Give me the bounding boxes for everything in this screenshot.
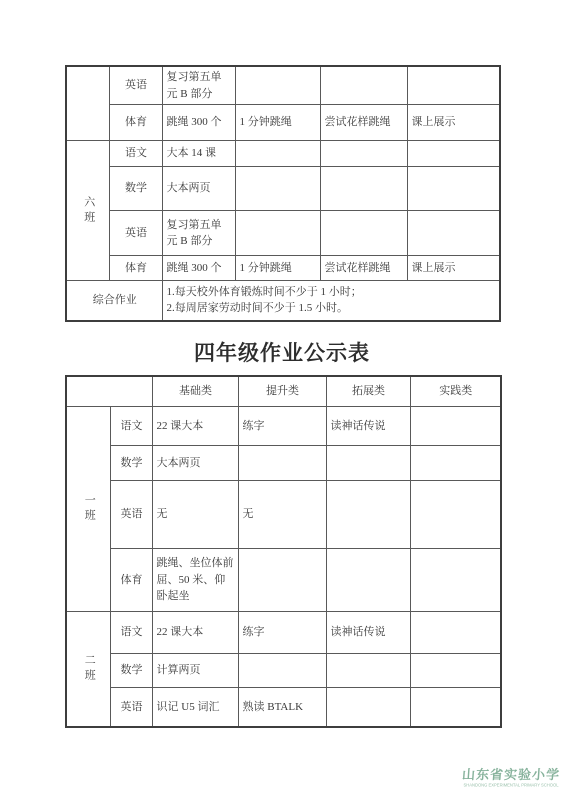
summary-row: 综合作业1.每天校外体育锻炼时间不少于 1 小时；2.每周居家劳动时间不少于 1… xyxy=(66,281,500,321)
corner-cell xyxy=(66,376,152,407)
table-row: 数学大本两页 xyxy=(66,446,501,481)
homework-cell xyxy=(326,654,410,688)
homework-cell: 尝试花样跳绳 xyxy=(320,105,407,141)
summary-label-cell: 综合作业 xyxy=(66,281,162,321)
page-title: 四年级作业公示表 xyxy=(65,337,499,369)
subject-label: 体育 xyxy=(109,256,162,281)
homework-cell: 尝试花样跳绳 xyxy=(320,256,407,281)
summary-content-cell: 1.每天校外体育锻炼时间不少于 1 小时；2.每周居家劳动时间不少于 1.5 小… xyxy=(162,281,500,321)
table-row: 数学大本两页 xyxy=(66,167,500,211)
table-row: 体育跳绳、坐位体前屈、50 米、仰卧起坐 xyxy=(66,549,501,612)
table-row: 六班语文大本 14 课 xyxy=(66,141,500,167)
homework-cell xyxy=(410,612,501,654)
homework-cell xyxy=(410,654,501,688)
homework-cell: 无 xyxy=(238,481,326,549)
homework-cell xyxy=(407,141,500,167)
homework-cell xyxy=(410,407,501,446)
homework-cell xyxy=(410,549,501,612)
homework-cell xyxy=(238,446,326,481)
page-content: 英语复习第五单元 B 部分体育跳绳 300 个1 分钟跳绳尝试花样跳绳课上展示六… xyxy=(0,0,565,728)
grade6-table-body: 英语复习第五单元 B 部分体育跳绳 300 个1 分钟跳绳尝试花样跳绳课上展示六… xyxy=(66,66,500,321)
homework-cell: 熟读 BTALK xyxy=(238,688,326,727)
homework-cell xyxy=(326,481,410,549)
homework-cell: 读神话传说 xyxy=(326,407,410,446)
homework-cell: 课上展示 xyxy=(407,105,500,141)
homework-cell xyxy=(320,167,407,211)
class-label-cell xyxy=(66,66,109,141)
column-header: 拓展类 xyxy=(326,376,410,407)
grade6-homework-table: 英语复习第五单元 B 部分体育跳绳 300 个1 分钟跳绳尝试花样跳绳课上展示六… xyxy=(65,65,501,322)
subject-label: 数学 xyxy=(110,654,152,688)
class-label: 一班 xyxy=(83,494,94,524)
homework-cell: 复习第五单元 B 部分 xyxy=(162,211,235,256)
homework-cell: 22 课大本 xyxy=(152,612,238,654)
subject-label: 语文 xyxy=(109,141,162,167)
table-row: 一班语文22 课大本练字读神话传说 xyxy=(66,407,501,446)
homework-cell xyxy=(238,654,326,688)
homework-cell: 22 课大本 xyxy=(152,407,238,446)
subject-label: 体育 xyxy=(110,549,152,612)
homework-cell xyxy=(235,141,320,167)
homework-cell: 计算两页 xyxy=(152,654,238,688)
table-row: 体育跳绳 300 个1 分钟跳绳尝试花样跳绳课上展示 xyxy=(66,105,500,141)
header-row: 基础类提升类拓展类实践类 xyxy=(66,376,501,407)
homework-cell xyxy=(326,688,410,727)
homework-cell: 1 分钟跳绳 xyxy=(235,256,320,281)
homework-cell: 复习第五单元 B 部分 xyxy=(162,66,235,105)
school-logo-chinese-name: 山东省实验小学 xyxy=(461,768,562,782)
grade4-table-body: 基础类提升类拓展类实践类一班语文22 课大本练字读神话传说数学大本两页英语无无体… xyxy=(66,376,501,727)
homework-cell xyxy=(326,549,410,612)
subject-label: 数学 xyxy=(110,446,152,481)
grade4-homework-table: 基础类提升类拓展类实践类一班语文22 课大本练字读神话传说数学大本两页英语无无体… xyxy=(65,375,502,728)
homework-cell xyxy=(320,141,407,167)
homework-cell: 跳绳、坐位体前屈、50 米、仰卧起坐 xyxy=(152,549,238,612)
homework-cell xyxy=(407,167,500,211)
homework-cell: 练字 xyxy=(238,407,326,446)
homework-cell xyxy=(407,66,500,105)
school-logo: 山东省实验小学 SHANDONG EXPERIMENTAL PRIMARY SC… xyxy=(461,768,561,794)
homework-cell: 跳绳 300 个 xyxy=(162,256,235,281)
homework-cell: 大本两页 xyxy=(152,446,238,481)
subject-label: 体育 xyxy=(109,105,162,141)
homework-cell xyxy=(326,446,410,481)
subject-label: 数学 xyxy=(109,167,162,211)
homework-cell xyxy=(320,211,407,256)
table-row: 英语识记 U5 词汇熟读 BTALK xyxy=(66,688,501,727)
homework-cell xyxy=(410,446,501,481)
class-label-cell: 一班 xyxy=(66,407,110,612)
subject-label: 英语 xyxy=(110,481,152,549)
homework-cell: 大本两页 xyxy=(162,167,235,211)
homework-cell: 无 xyxy=(152,481,238,549)
class-label: 六班 xyxy=(83,196,94,226)
table-row: 英语复习第五单元 B 部分 xyxy=(66,66,500,105)
school-logo-english-name: SHANDONG EXPERIMENTAL PRIMARY SCHOOL xyxy=(463,783,558,788)
table-row: 英语无无 xyxy=(66,481,501,549)
subject-label: 英语 xyxy=(110,688,152,727)
homework-cell xyxy=(235,211,320,256)
column-header: 实践类 xyxy=(410,376,501,407)
homework-cell: 识记 U5 词汇 xyxy=(152,688,238,727)
column-header: 提升类 xyxy=(238,376,326,407)
subject-label: 语文 xyxy=(110,407,152,446)
homework-cell: 读神话传说 xyxy=(326,612,410,654)
column-header: 基础类 xyxy=(152,376,238,407)
homework-cell: 大本 14 课 xyxy=(162,141,235,167)
class-label: 二班 xyxy=(83,654,94,684)
homework-cell xyxy=(410,481,501,549)
homework-cell: 练字 xyxy=(238,612,326,654)
table-row: 数学计算两页 xyxy=(66,654,501,688)
summary-line: 1.每天校外体育锻炼时间不少于 1 小时； xyxy=(167,284,497,301)
homework-cell: 跳绳 300 个 xyxy=(162,105,235,141)
subject-label: 英语 xyxy=(109,66,162,105)
homework-cell xyxy=(320,66,407,105)
homework-cell xyxy=(235,66,320,105)
homework-cell: 课上展示 xyxy=(407,256,500,281)
class-label-cell: 六班 xyxy=(66,141,109,281)
homework-cell xyxy=(238,549,326,612)
table-row: 二班语文22 课大本练字读神话传说 xyxy=(66,612,501,654)
homework-cell: 1 分钟跳绳 xyxy=(235,105,320,141)
subject-label: 英语 xyxy=(109,211,162,256)
table-row: 体育跳绳 300 个1 分钟跳绳尝试花样跳绳课上展示 xyxy=(66,256,500,281)
summary-line: 2.每周居家劳动时间不少于 1.5 小时。 xyxy=(167,300,497,317)
homework-cell xyxy=(235,167,320,211)
table-row: 英语复习第五单元 B 部分 xyxy=(66,211,500,256)
class-label-cell: 二班 xyxy=(66,612,110,727)
homework-cell xyxy=(407,211,500,256)
homework-cell xyxy=(410,688,501,727)
document-page: 英语复习第五单元 B 部分体育跳绳 300 个1 分钟跳绳尝试花样跳绳课上展示六… xyxy=(0,0,565,800)
subject-label: 语文 xyxy=(110,612,152,654)
